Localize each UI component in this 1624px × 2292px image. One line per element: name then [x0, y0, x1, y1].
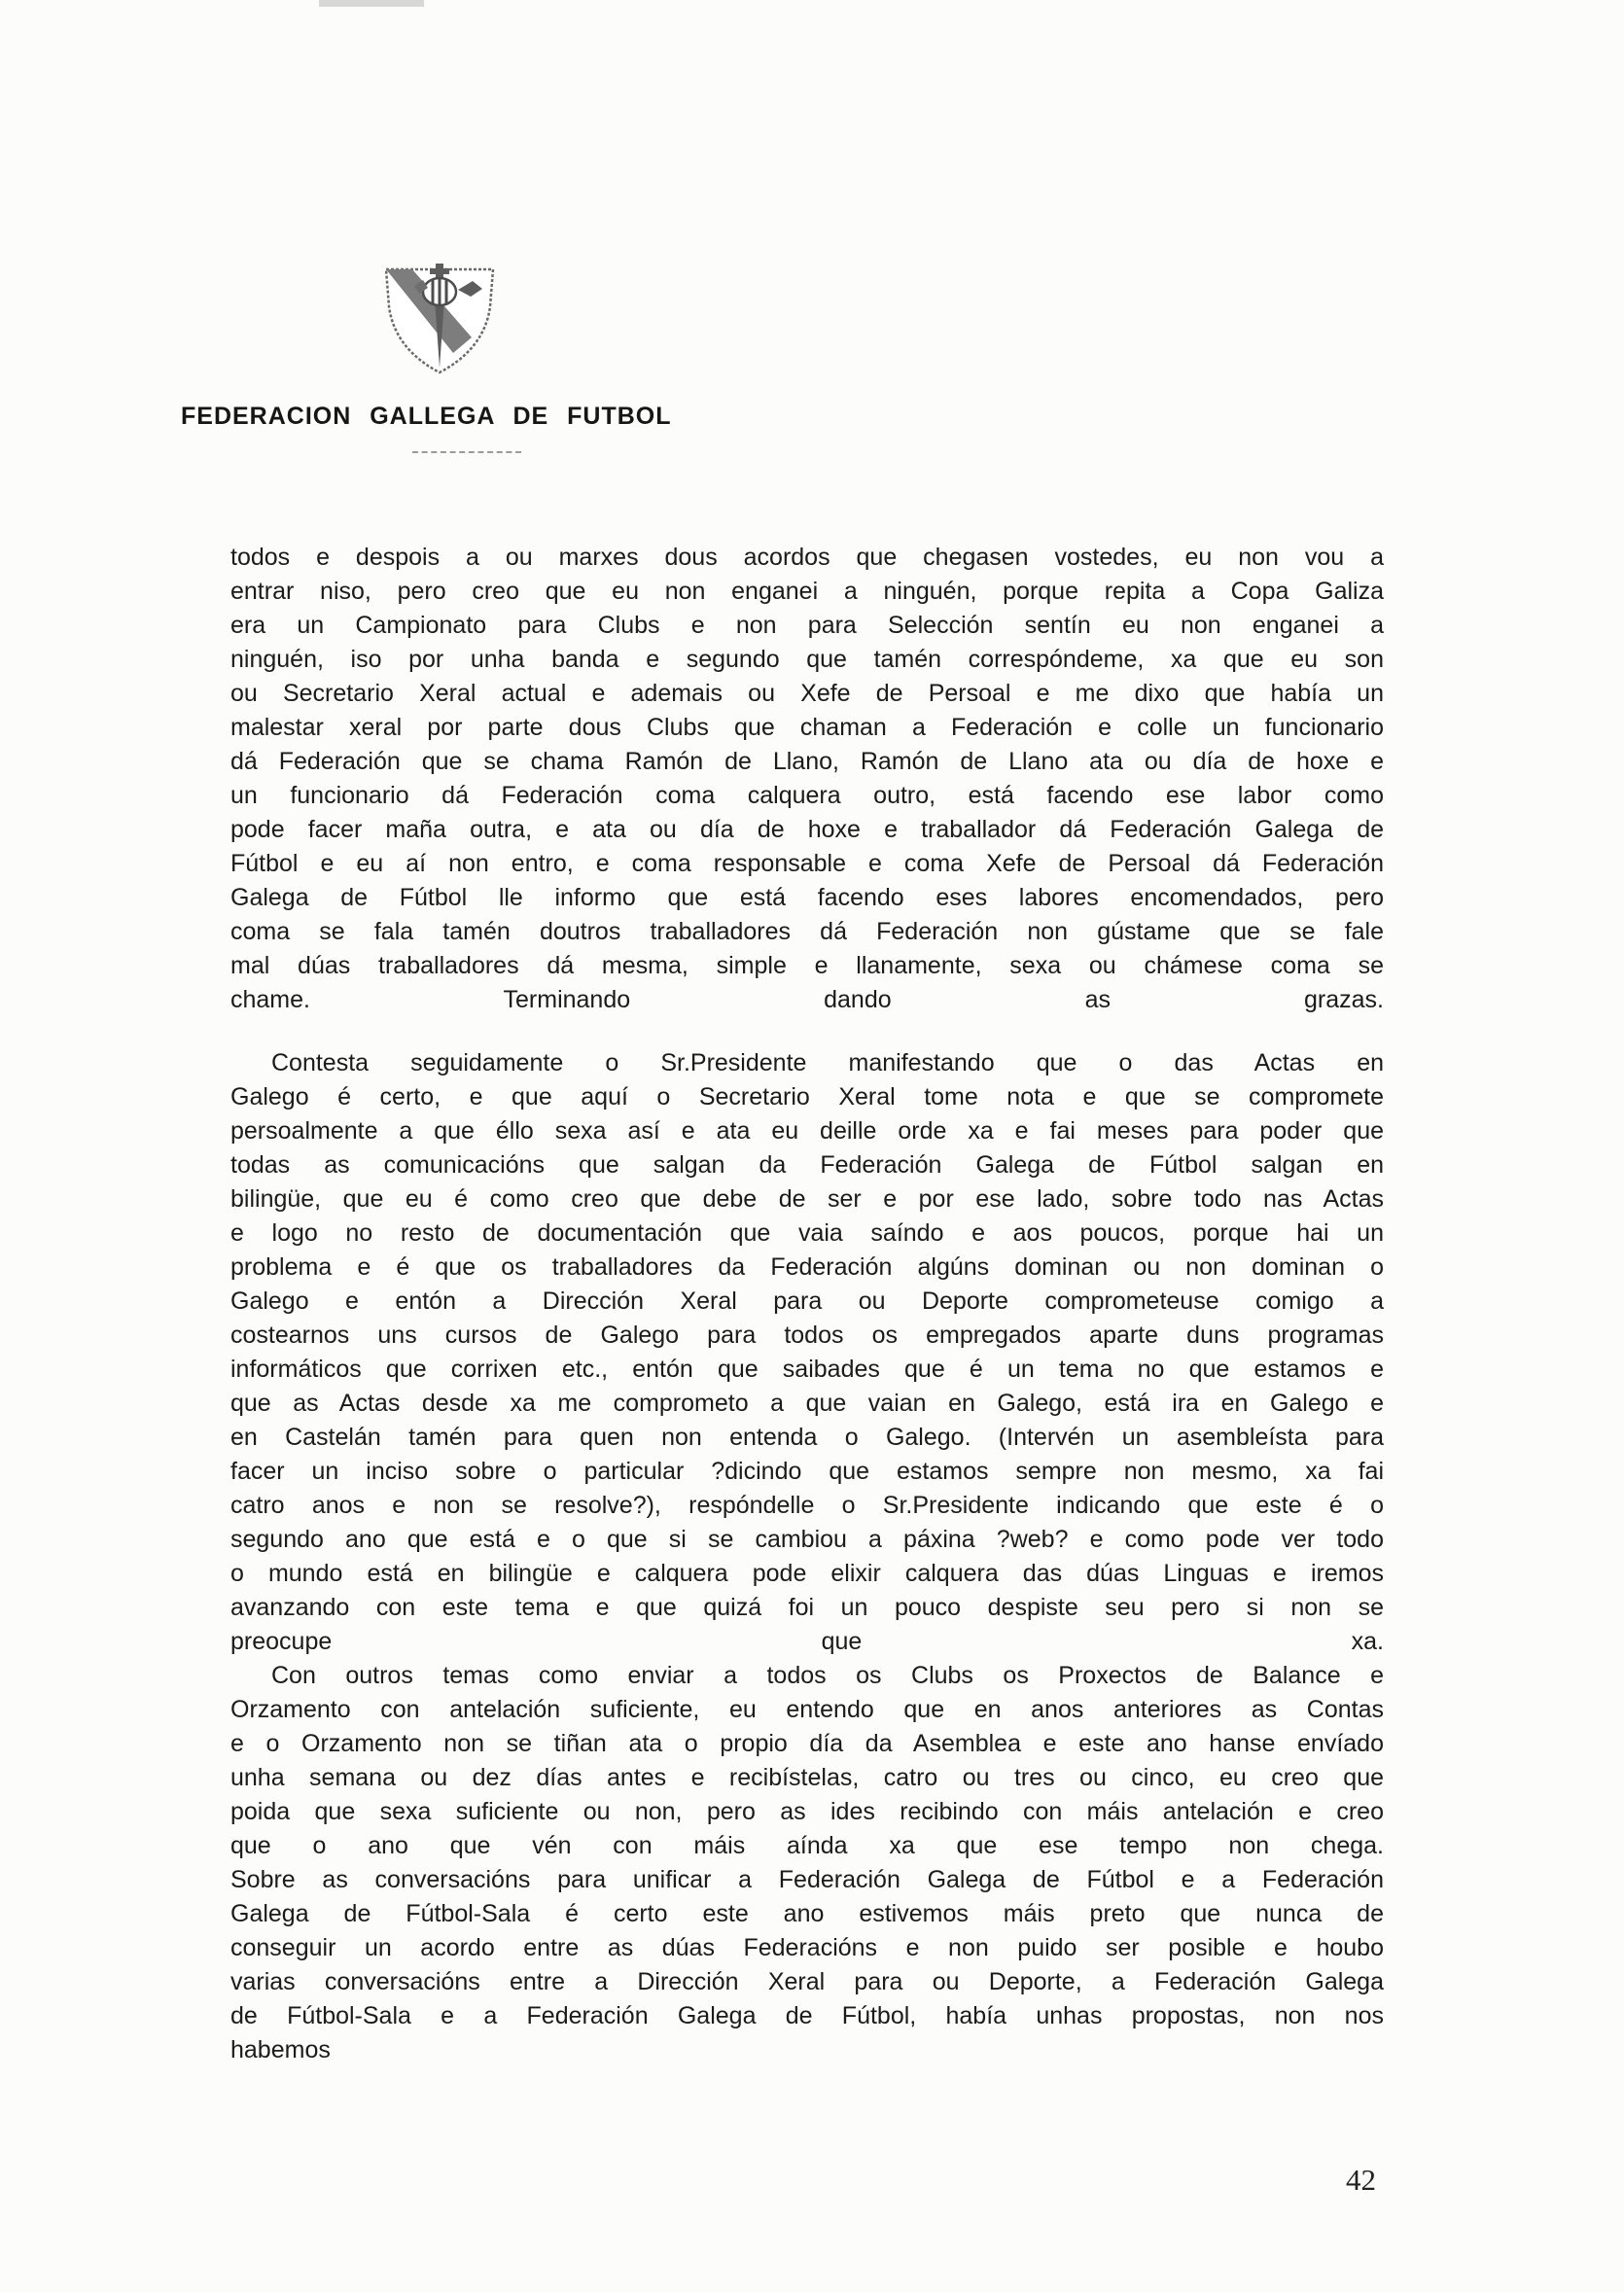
text-line: Orzamento con antelación suficiente, eu …: [230, 1693, 1384, 1727]
text-line: bilingüe, que eu é como creo que debe de…: [230, 1182, 1384, 1217]
text-line: segundo ano que está e o que si se cambi…: [230, 1523, 1384, 1557]
text-line: Galega de Fútbol-Sala é certo este ano e…: [230, 1897, 1384, 1931]
text-line: Sobre as conversacións para unificar a F…: [230, 1863, 1384, 1897]
shield-crest-icon: [377, 263, 502, 379]
text-line: era un Campionato para Clubs e non para …: [230, 609, 1384, 643]
text-line: que as Actas desde xa me comprometo a qu…: [230, 1387, 1384, 1421]
page-title: FEDERACION GALLEGA DE FUTBOL: [181, 403, 672, 431]
text-line: Contesta seguidamente o Sr.Presidente ma…: [230, 1046, 1384, 1080]
text-line: conseguir un acordo entre as dúas Federa…: [230, 1931, 1384, 1965]
text-line: persoalmente a que éllo sexa así e ata e…: [230, 1114, 1384, 1148]
text-line: e o Orzamento non se tiñan ata o propio …: [230, 1727, 1384, 1761]
text-line: Galego é certo, e que aquí o Secretario …: [230, 1080, 1384, 1114]
text-line: ninguén, iso por unha banda e segundo qu…: [230, 643, 1384, 677]
text-line: Fútbol e eu aí non entro, e coma respons…: [230, 847, 1384, 881]
text-line: Galego e entón a Dirección Xeral para ou…: [230, 1285, 1384, 1319]
text-line: preocupe que xa.: [230, 1625, 1384, 1659]
text-line: avanzando con este tema e que quizá foi …: [230, 1591, 1384, 1625]
text-line: problema e é que os traballadores da Fed…: [230, 1251, 1384, 1285]
text-block: todos e despois a ou marxes dous acordos…: [230, 541, 1384, 2067]
text-line: ou Secretario Xeral actual e ademais ou …: [230, 677, 1384, 711]
text-line: de Fútbol-Sala e a Federación Galega de …: [230, 1999, 1384, 2033]
text-line: dá Federación que se chama Ramón de Llan…: [230, 745, 1384, 779]
text-line: coma se fala tamén doutros traballadores…: [230, 915, 1384, 949]
title-underline: [412, 451, 521, 453]
paragraph: Con outros temas como enviar a todos os …: [230, 1659, 1384, 2067]
text-line: entrar niso, pero creo que eu non engane…: [230, 575, 1384, 609]
text-line: pode facer maña outra, e ata ou día de h…: [230, 813, 1384, 847]
paragraph: todos e despois a ou marxes dous acordos…: [230, 541, 1384, 1017]
text-line: unha semana ou dez días antes e recibíst…: [230, 1761, 1384, 1795]
text-line: todos e despois a ou marxes dous acordos…: [230, 541, 1384, 575]
paragraph: Contesta seguidamente o Sr.Presidente ma…: [230, 1046, 1384, 1659]
text-line: catro anos e non se resolve?), respóndel…: [230, 1489, 1384, 1523]
text-line: habemos: [230, 2033, 1384, 2067]
text-line: que o ano que vén con máis aínda xa que …: [230, 1829, 1384, 1863]
text-line: chame. Terminando dando as grazas.: [230, 983, 1384, 1017]
federation-crest-logo: [377, 263, 502, 379]
text-line: informáticos que corrixen etc., entón qu…: [230, 1353, 1384, 1387]
text-line: costearnos uns cursos de Galego para tod…: [230, 1319, 1384, 1353]
text-line: un funcionario dá Federación coma calque…: [230, 779, 1384, 813]
page-number: 42: [1346, 2163, 1376, 2198]
text-line: mal dúas traballadores dá mesma, simple …: [230, 949, 1384, 983]
text-line: varias conversacións entre a Dirección X…: [230, 1965, 1384, 1999]
text-line: e logo no resto de documentación que vai…: [230, 1217, 1384, 1251]
text-line: todas as comunicacións que salgan da Fed…: [230, 1148, 1384, 1182]
text-line: Con outros temas como enviar a todos os …: [230, 1659, 1384, 1693]
text-line: poida que sexa suficiente ou non, pero a…: [230, 1795, 1384, 1829]
text-line: o mundo está en bilingüe e calquera pode…: [230, 1557, 1384, 1591]
text-line: facer un inciso sobre o particular ?dici…: [230, 1455, 1384, 1489]
scan-artifact: [319, 0, 424, 7]
text-line: Galega de Fútbol lle informo que está fa…: [230, 881, 1384, 915]
text-line: en Castelán tamén para quen non entenda …: [230, 1421, 1384, 1455]
text-line: malestar xeral por parte dous Clubs que …: [230, 711, 1384, 745]
